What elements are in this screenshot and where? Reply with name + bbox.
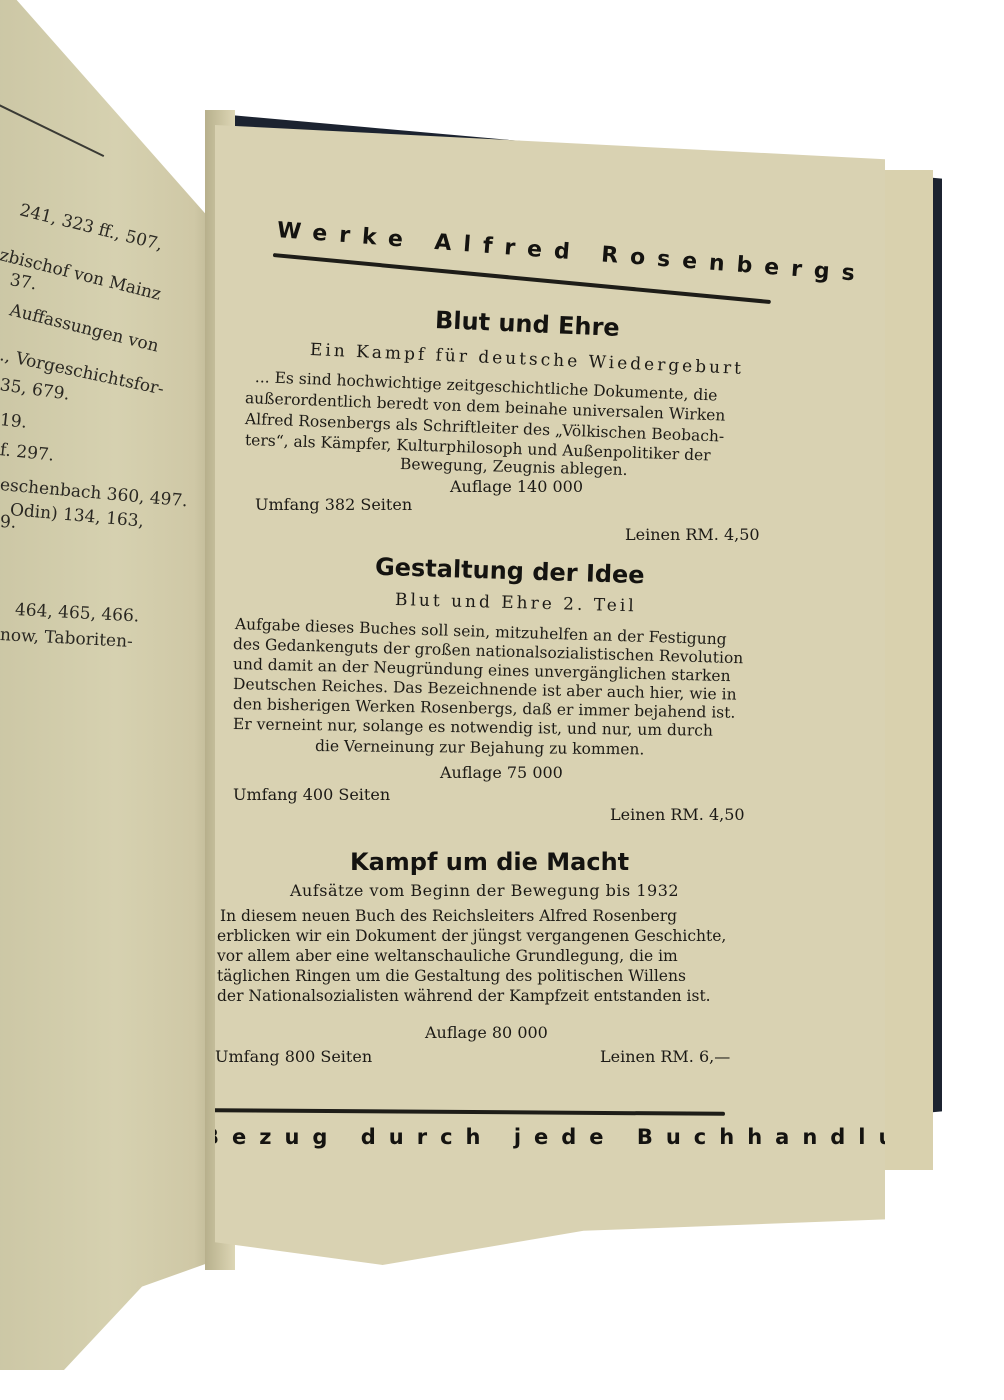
page-count: Umfang 400 Seiten [233, 785, 390, 804]
book-subtitle: Blut und Ehre 2. Teil [395, 590, 637, 616]
description-line: die Verneinung zur Bejahung zu kommen. [315, 737, 645, 758]
book-title: Gestaltung der Idee [375, 553, 645, 589]
price: Leinen RM. 4,50 [610, 805, 745, 824]
description-line: erblicken wir ein Dokument der jüngst ve… [217, 927, 726, 945]
price: Leinen RM. 4,50 [625, 525, 760, 544]
description-line: täglichen Ringen um die Gestaltung des p… [217, 967, 686, 985]
description-line: In diesem neuen Buch des Reichsleiters A… [220, 907, 677, 925]
page-header-title: Werke Alfred Rosenbergs [276, 218, 868, 287]
description-line: der Nationalsozialisten während der Kamp… [217, 987, 711, 1005]
right-page: Werke Alfred Rosenbergs Blut und Ehre Ei… [215, 125, 885, 1265]
book-title: Kampf um die Macht [350, 848, 629, 876]
left-page-rule [0, 85, 104, 157]
page-footer: Bezug durch jede Buchhandlung [203, 1125, 962, 1149]
page-count: Umfang 800 Seiten [215, 1047, 372, 1066]
book-subtitle: Aufsätze vom Beginn der Bewegung bis 193… [290, 881, 679, 900]
description-line: vor allem aber eine weltanschauliche Gru… [217, 947, 678, 965]
price: Leinen RM. 6,— [600, 1047, 730, 1066]
left-page-line: 19. [0, 410, 28, 433]
print-run: Auflage 140 000 [450, 477, 583, 496]
left-page-line: 9. [0, 512, 17, 533]
print-run: Auflage 75 000 [440, 763, 563, 782]
print-run: Auflage 80 000 [425, 1023, 548, 1042]
book-title: Blut und Ehre [434, 306, 620, 342]
footer-rule [205, 1108, 725, 1116]
page-count: Umfang 382 Seiten [255, 495, 412, 514]
